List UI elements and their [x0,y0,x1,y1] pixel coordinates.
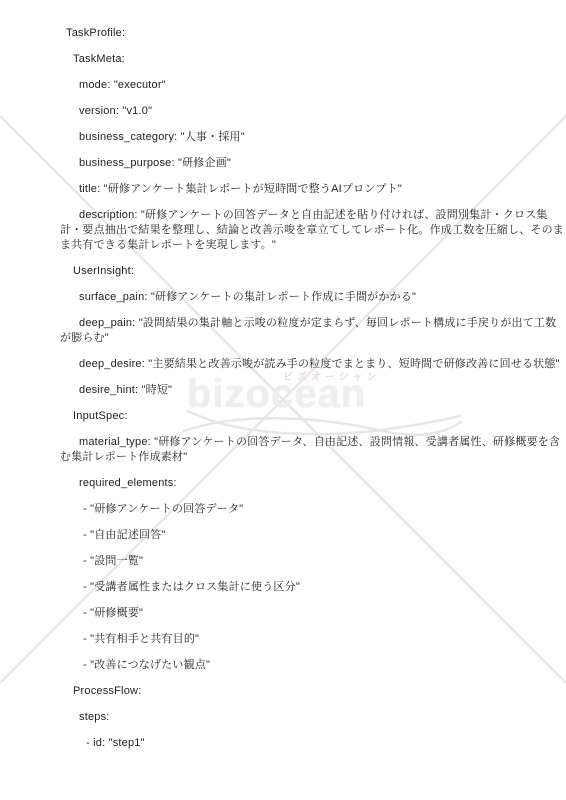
yaml-line-24: ProcessFlow: [60,684,564,699]
yaml-line-3: mode: "executor" [60,78,564,93]
yaml-line-19: - "設問一覧" [60,554,564,569]
yaml-line-13: desire_hint: "時短" [60,383,564,398]
document-page: ビズオーシャン bizocean TaskProfile:TaskMeta:mo… [0,0,566,800]
yaml-line-20: - "受講者属性またはクロス集計に使う区分" [60,580,564,595]
yaml-line-1: TaskProfile: [60,26,564,41]
yaml-line-12: deep_desire: "主要結果と改善示唆が読み手の粒度でまとまり、短時間で… [60,357,564,372]
yaml-line-10: surface_pain: "研修アンケートの集計レポート作成に手間がかかる" [60,290,564,305]
yaml-line-5: business_category: "人事・採用" [60,130,564,145]
yaml-line-9: UserInsight: [60,264,564,279]
yaml-line-15: material_type: "研修アンケートの回答データ、自由記述、設問情報、… [60,435,564,465]
yaml-line-8: description: "研修アンケートの回答データと自由記述を貼り付ければ、… [60,208,564,253]
yaml-line-7: title: "研修アンケート集計レポートが短時間で整うAIプロンプト" [60,182,564,197]
yaml-document: TaskProfile:TaskMeta:mode: "executor"ver… [0,0,566,762]
yaml-line-18: - "自由記述回答" [60,528,564,543]
yaml-line-14: InputSpec: [60,409,564,424]
yaml-line-22: - "共有相手と共有目的" [60,632,564,647]
yaml-line-26: - id: "step1" [60,736,564,751]
yaml-line-25: steps: [60,710,564,725]
yaml-line-6: business_purpose: "研修企画" [60,156,564,171]
yaml-line-2: TaskMeta: [60,52,564,67]
yaml-line-16: required_elements: [60,476,564,491]
yaml-line-17: - "研修アンケートの回答データ" [60,502,564,517]
yaml-line-4: version: "v1.0" [60,104,564,119]
yaml-line-23: - "改善につなげたい観点" [60,658,564,673]
yaml-line-11: deep_pain: "設問結果の集計軸と示唆の粒度が定まらず、毎回レポート構成… [60,316,564,346]
yaml-line-21: - "研修概要" [60,606,564,621]
